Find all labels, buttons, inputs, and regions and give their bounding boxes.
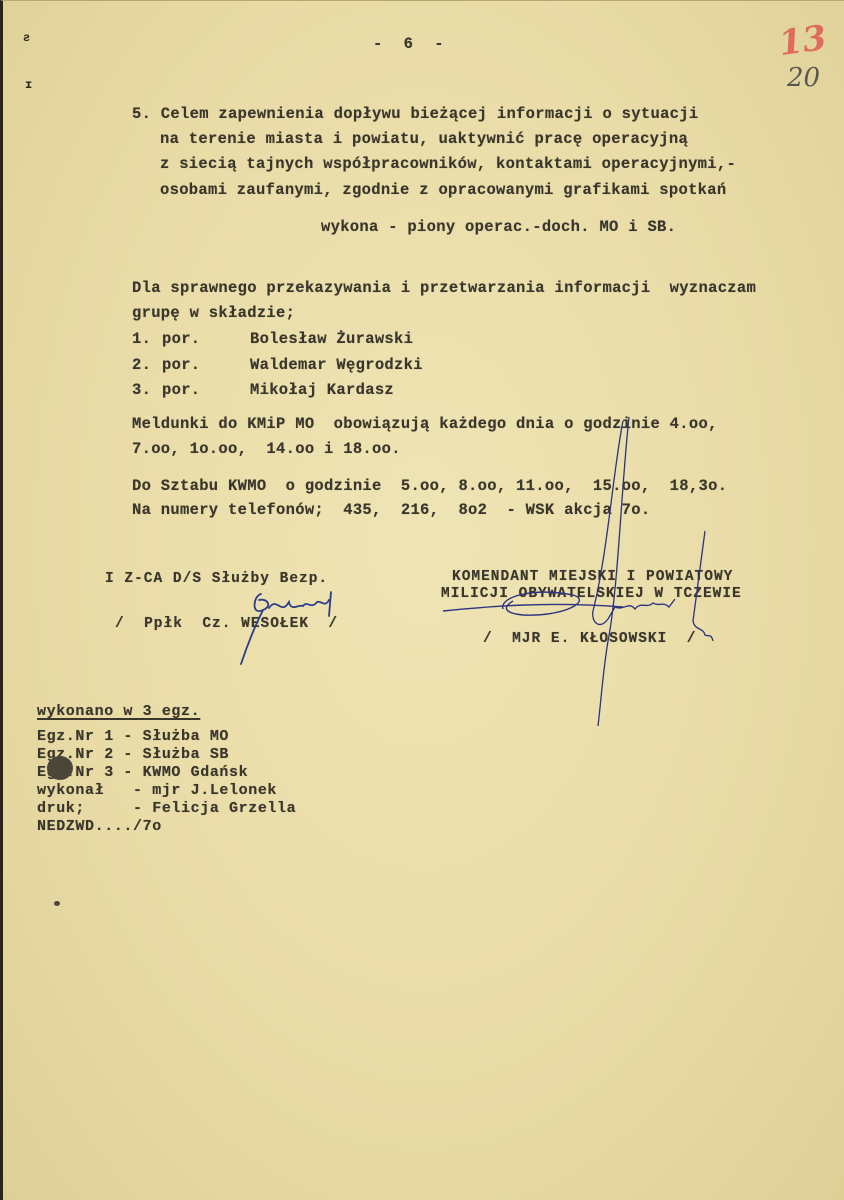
member-num: 3.	[132, 381, 151, 399]
item5-line-3: z siecią tajnych współpracowników, konta…	[160, 155, 736, 173]
distribution-line-4: wykonał - mjr J.Lelonek	[37, 782, 277, 799]
group-intro-1: Dla sprawnego przekazywania i przetwarza…	[132, 279, 756, 297]
distribution-heading: wykonano w 3 egz.	[37, 703, 200, 720]
ink-spot	[54, 901, 60, 906]
document-page: ƨ ɪ 13 20 - 6 - 5. Celem zapewnienia dop…	[0, 0, 844, 1200]
ink-blot	[47, 756, 73, 780]
page-number: - 6 -	[373, 35, 450, 53]
member-rank: por.	[162, 330, 200, 348]
handwritten-signature-left	[233, 586, 343, 666]
item5-line-2: na terenie miasta i powiatu, uaktywnić p…	[160, 130, 688, 148]
left-signatory-title: I Z-CA D/S Służby Bezp.	[105, 571, 328, 587]
member-name: Mikołaj Kardasz	[250, 381, 394, 399]
distribution-line-6: NEDZWD..../7o	[37, 818, 162, 835]
member-name: Waldemar Węgrodzki	[250, 356, 423, 374]
item5-executor: wykona - piony operac.-doch. MO i SB.	[321, 218, 676, 236]
item5-line-1: 5. Celem zapewnienia dopływu bieżącej in…	[132, 105, 699, 123]
archive-number-pencil: 20	[787, 63, 820, 93]
margin-mark: ɪ	[25, 78, 32, 92]
distribution-line-5: druk; - Felicja Grzella	[37, 800, 296, 817]
handwritten-signature-right	[443, 411, 743, 731]
archive-number-red: 13	[776, 18, 828, 64]
margin-mark: ƨ	[23, 31, 30, 45]
member-name: Bolesław Żurawski	[250, 330, 413, 348]
member-num: 2.	[132, 356, 151, 374]
member-rank: por.	[162, 356, 200, 374]
distribution-line-1: Egz.Nr 1 - Służba MO	[37, 728, 229, 745]
member-num: 1.	[132, 330, 151, 348]
member-rank: por.	[162, 381, 200, 399]
group-intro-2: grupę w składzie;	[132, 304, 295, 322]
reports-line-2: 7.oo, 1o.oo, 14.oo i 18.oo.	[132, 440, 401, 458]
item5-line-4: osobami zaufanymi, zgodnie z opracowanym…	[160, 181, 727, 199]
